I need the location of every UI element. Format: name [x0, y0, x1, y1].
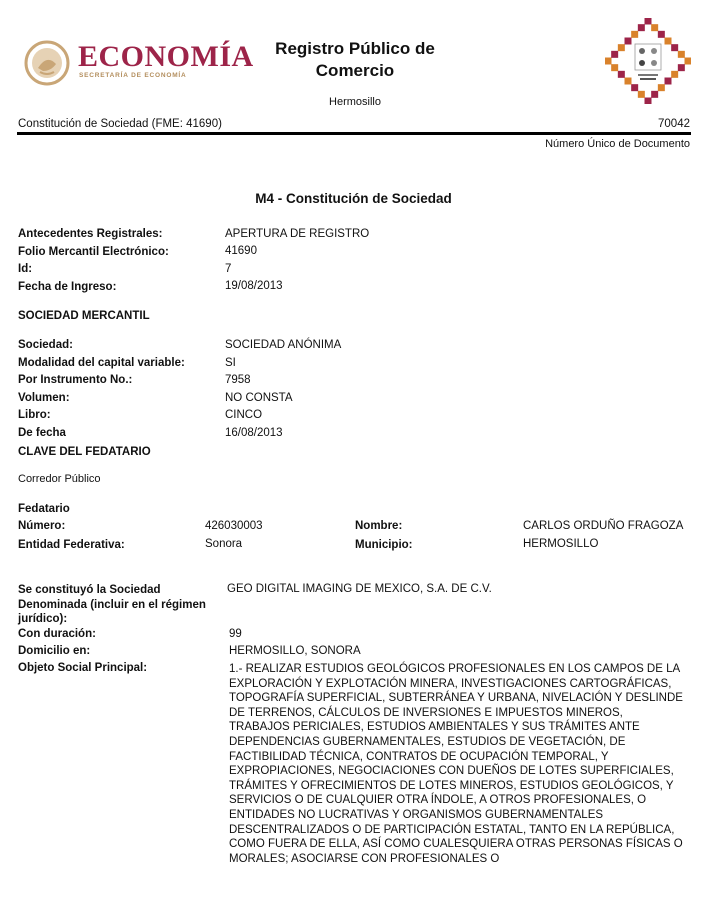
value-clave-fedatario: Corredor Público — [18, 473, 101, 485]
document-number-caption: Número Único de Documento — [545, 138, 690, 150]
label-denominada: Se constituyó la Sociedad Denominada (in… — [18, 583, 206, 627]
value-de-fecha: 16/08/2013 — [225, 427, 283, 439]
mexico-seal-icon — [24, 40, 70, 86]
economia-wordmark: ECONOMÍA — [78, 40, 254, 74]
section-clave-fedatario: CLAVE DEL FEDATARIO — [18, 446, 151, 458]
value-nombre: CARLOS ORDUÑO FRAGOZA — [523, 520, 683, 532]
document-caption: Constitución de Sociedad (FME: 41690) — [18, 118, 222, 130]
document-title: M4 - Constitución de Sociedad — [0, 191, 707, 206]
page-title: Registro Público de Comercio — [240, 38, 470, 82]
value-duracion: 99 — [229, 628, 242, 640]
city-label: Hermosillo — [240, 96, 470, 108]
section-sociedad-mercantil: SOCIEDAD MERCANTIL — [18, 310, 150, 322]
value-numero: 426030003 — [205, 520, 263, 532]
label-objeto-social: Objeto Social Principal: — [18, 662, 147, 674]
value-denominada: GEO DIGITAL IMAGING DE MEXICO, S.A. DE C… — [227, 583, 492, 595]
value-objeto-social: 1.- REALIZAR ESTUDIOS GEOLÓGICOS PROFESI… — [229, 662, 684, 866]
value-instrumento: 7958 — [225, 374, 251, 386]
label-libro: Libro: — [18, 409, 51, 421]
label-numero: Número: — [18, 520, 65, 532]
label-domicilio: Domicilio en: — [18, 645, 90, 657]
label-antecedentes: Antecedentes Registrales: — [18, 228, 162, 240]
label-sociedad: Sociedad: — [18, 339, 73, 351]
label-entidad: Entidad Federativa: — [18, 539, 125, 551]
value-id: 7 — [225, 263, 231, 275]
label-modalidad: Modalidad del capital variable: — [18, 357, 185, 369]
value-antecedentes: APERTURA DE REGISTRO — [225, 228, 369, 240]
label-duracion: Con duración: — [18, 628, 96, 640]
label-folio: Folio Mercantil Electrónico: — [18, 246, 169, 258]
economia-subtitle: SECRETARÍA DE ECONOMÍA — [79, 72, 187, 79]
label-denominada-line-2: Denominada (incluir en el régimen — [18, 598, 206, 613]
label-id: Id: — [18, 263, 32, 275]
value-libro: CINCO — [225, 409, 262, 421]
label-denominada-line-3: jurídico): — [18, 612, 206, 627]
label-de-fecha: De fecha — [18, 427, 66, 439]
value-folio: 41690 — [225, 245, 257, 257]
value-entidad: Sonora — [205, 538, 242, 550]
label-fecha-ingreso: Fecha de Ingreso: — [18, 281, 116, 293]
value-sociedad: SOCIEDAD ANÓNIMA — [225, 339, 341, 351]
value-municipio: HERMOSILLO — [523, 538, 598, 550]
label-municipio: Municipio: — [355, 539, 413, 551]
value-fecha-ingreso: 19/08/2013 — [225, 280, 283, 292]
gobierno-sonora-logo — [605, 18, 691, 104]
label-volumen: Volumen: — [18, 392, 70, 404]
header-divider — [17, 132, 691, 135]
value-volumen: NO CONSTA — [225, 392, 293, 404]
value-domicilio: HERMOSILLO, SONORA — [229, 645, 361, 657]
label-denominada-line-1: Se constituyó la Sociedad — [18, 583, 206, 598]
value-modalidad: SI — [225, 357, 236, 369]
section-fedatario: Fedatario — [18, 503, 70, 515]
economia-logo: ECONOMÍA SECRETARÍA DE ECONOMÍA — [24, 38, 234, 90]
label-instrumento: Por Instrumento No.: — [18, 374, 132, 386]
label-nombre: Nombre: — [355, 520, 402, 532]
document-number: 70042 — [658, 118, 690, 130]
